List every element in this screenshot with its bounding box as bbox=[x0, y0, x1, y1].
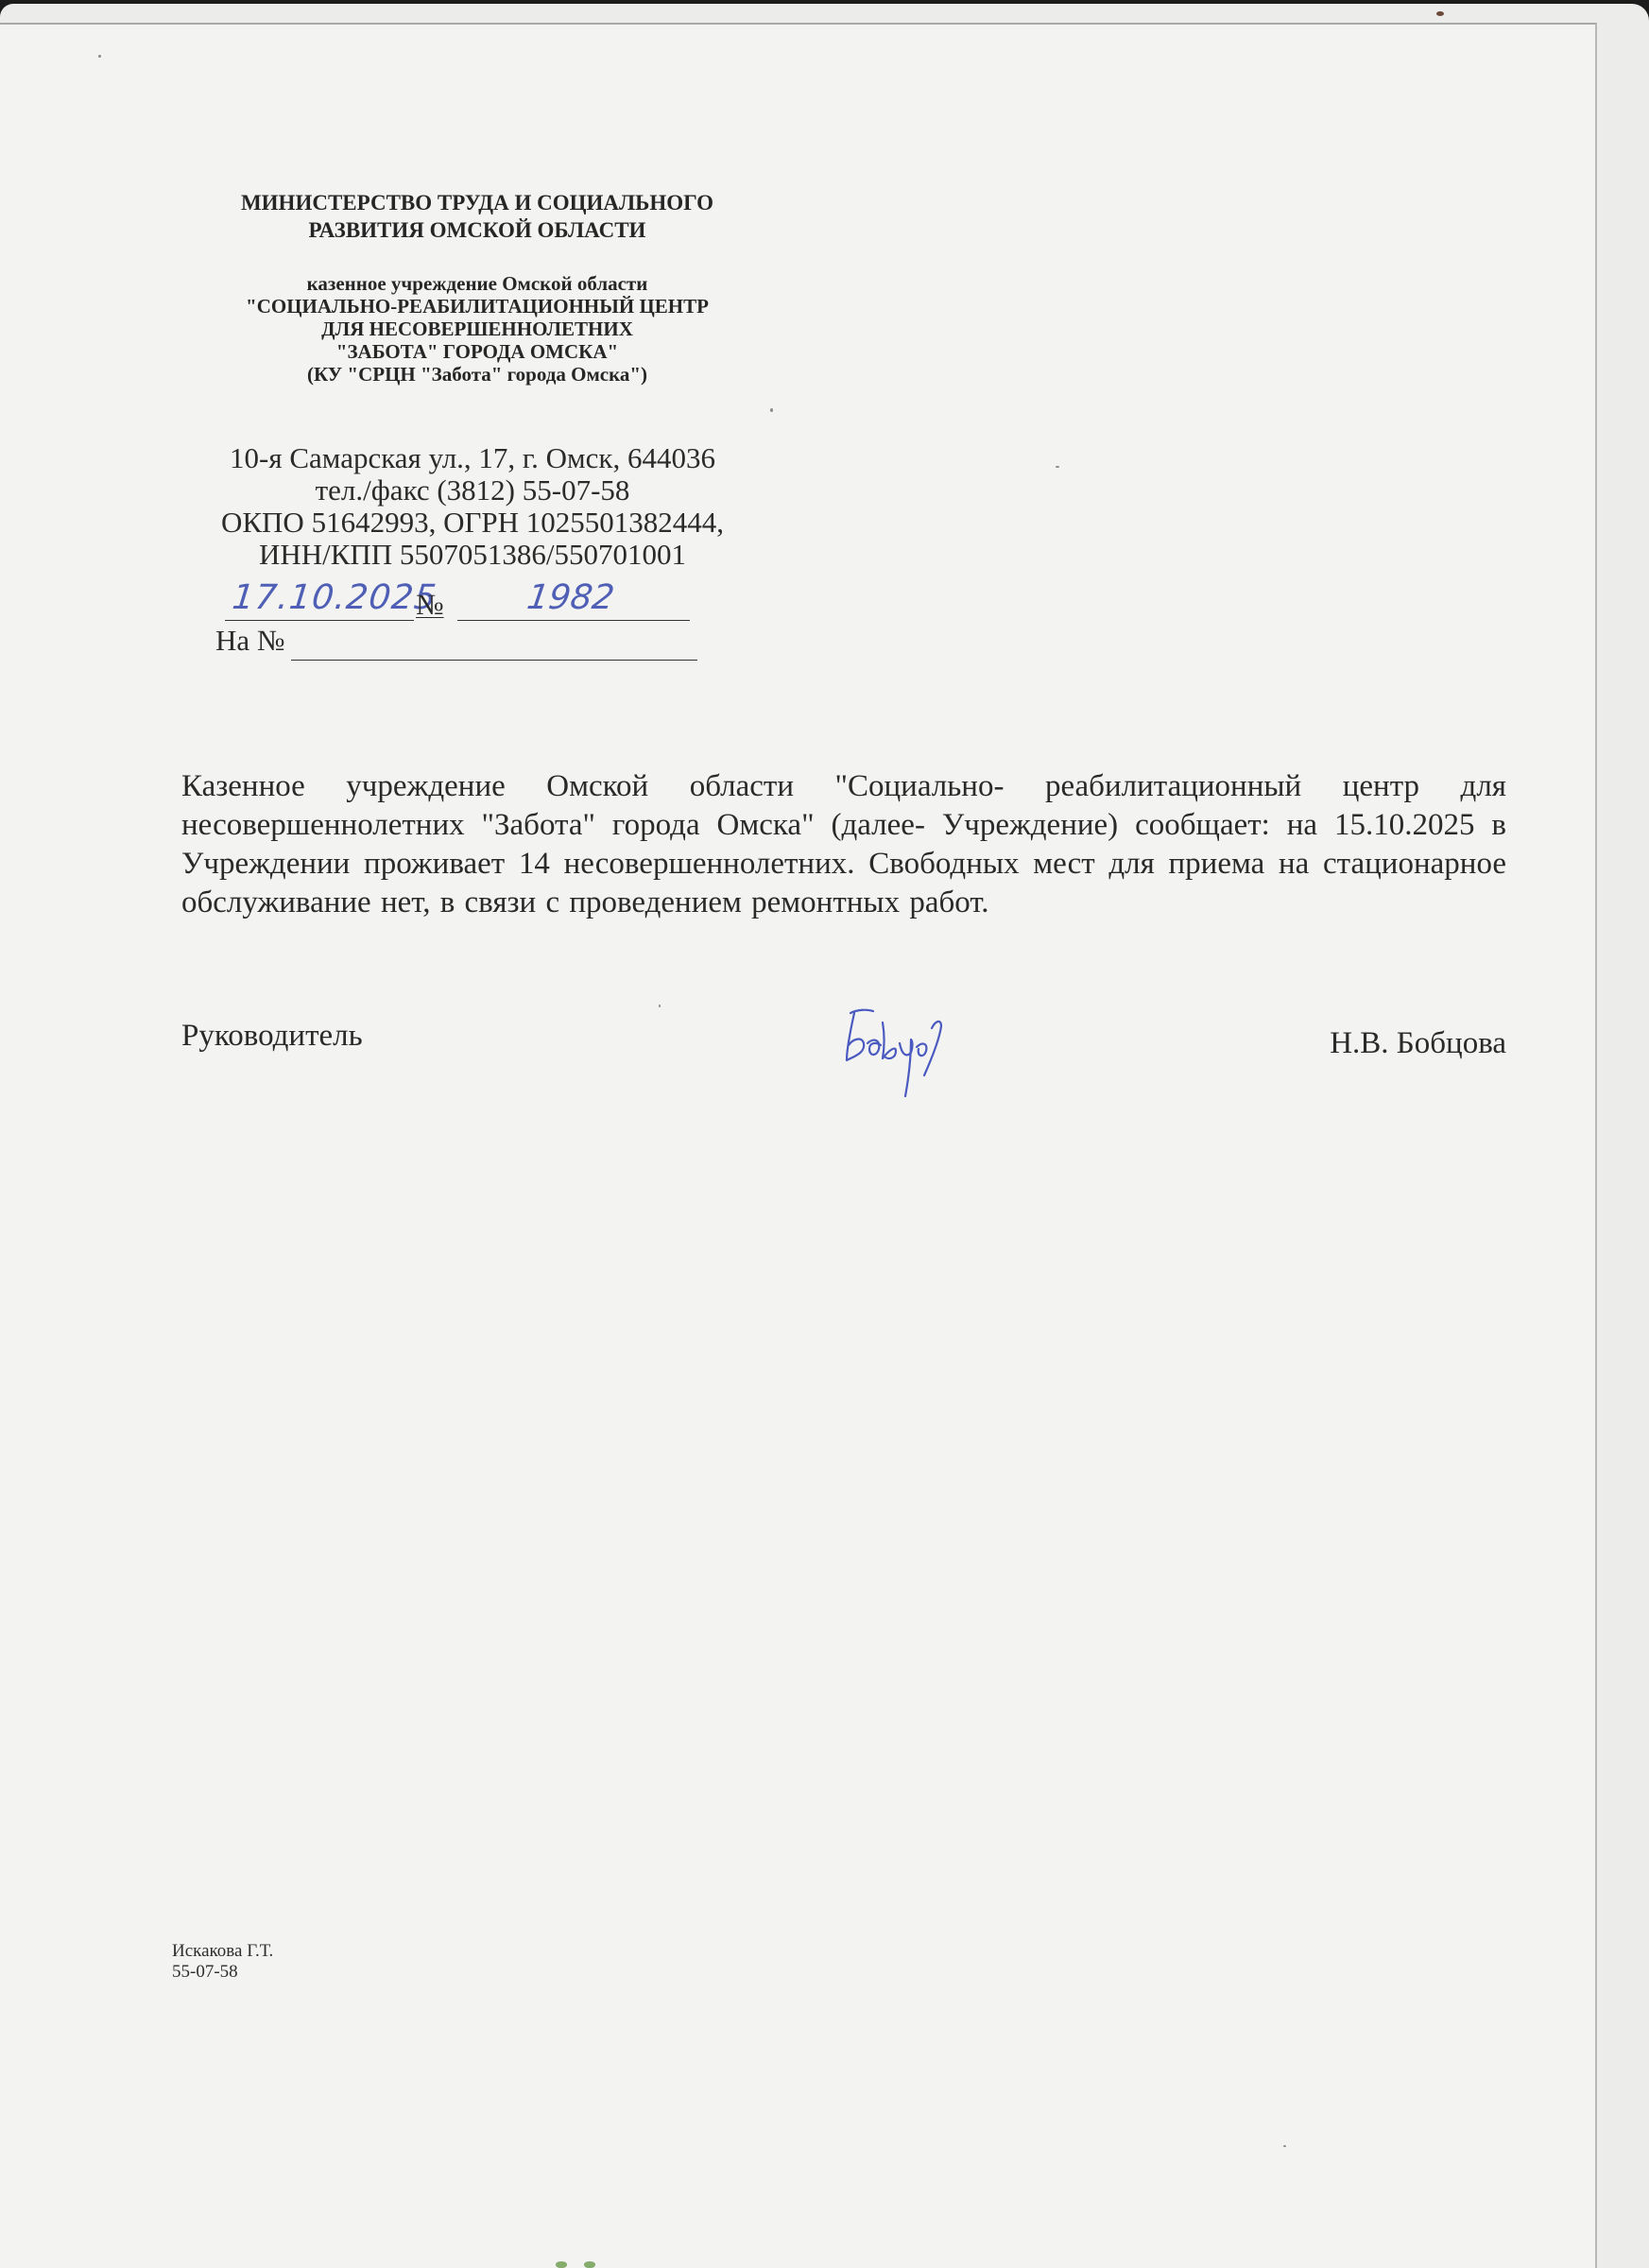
executor-name: Искакова Г.Т. bbox=[172, 1941, 273, 1962]
address: 10-я Самарская ул., 17, г. Омск, 644036 bbox=[189, 442, 756, 474]
letterhead: МИНИСТЕРСТВО ТРУДА И СОЦИАЛЬНОГО РАЗВИТИ… bbox=[189, 189, 765, 386]
signature-block: Руководитель Н.В. Бобцова bbox=[181, 1002, 1506, 1106]
signatory-name: Н.В. Бобцова bbox=[1330, 1026, 1506, 1061]
outgoing-number: 1982 bbox=[524, 578, 616, 617]
registration-row: 17.10.2025 № 1982 bbox=[215, 575, 745, 622]
organization-name: казенное учреждение Омской области "СОЦИ… bbox=[189, 272, 765, 386]
green-mark bbox=[556, 2261, 567, 2268]
letter-body: Казенное учреждение Омской области "Соци… bbox=[181, 767, 1506, 922]
tax-codes: ИНН/КПП 5507051386/550701001 bbox=[189, 539, 756, 571]
executor-phone: 55-07-58 bbox=[172, 1962, 273, 1983]
organization-contacts: 10-я Самарская ул., 17, г. Омск, 644036 … bbox=[189, 442, 756, 571]
scan-speck bbox=[1283, 2145, 1286, 2147]
number-label: № bbox=[416, 588, 444, 622]
reference-label: На № bbox=[215, 624, 284, 658]
phone-fax: тел./факс (3812) 55-07-58 bbox=[189, 474, 756, 507]
executor-info: Искакова Г.Т. 55-07-58 bbox=[172, 1941, 273, 1983]
reference-underline bbox=[291, 660, 697, 661]
signatory-position: Руководитель bbox=[181, 1019, 363, 1054]
outgoing-date: 17.10.2025 bbox=[231, 578, 438, 617]
number-underline bbox=[457, 620, 690, 621]
registry-codes: ОКПО 51642993, ОГРН 1025501382444, bbox=[189, 507, 756, 539]
scan-speck bbox=[659, 1005, 661, 1007]
scan-speck bbox=[1056, 466, 1059, 468]
date-underline bbox=[225, 620, 414, 621]
scan-speck bbox=[1436, 11, 1444, 16]
handwritten-signature-icon bbox=[830, 1002, 971, 1106]
scan-speck bbox=[98, 55, 101, 58]
reference-row: На № bbox=[215, 624, 745, 665]
ministry-name: МИНИСТЕРСТВО ТРУДА И СОЦИАЛЬНОГО РАЗВИТИ… bbox=[189, 189, 765, 244]
scan-speck bbox=[770, 408, 773, 412]
green-mark bbox=[584, 2261, 595, 2268]
